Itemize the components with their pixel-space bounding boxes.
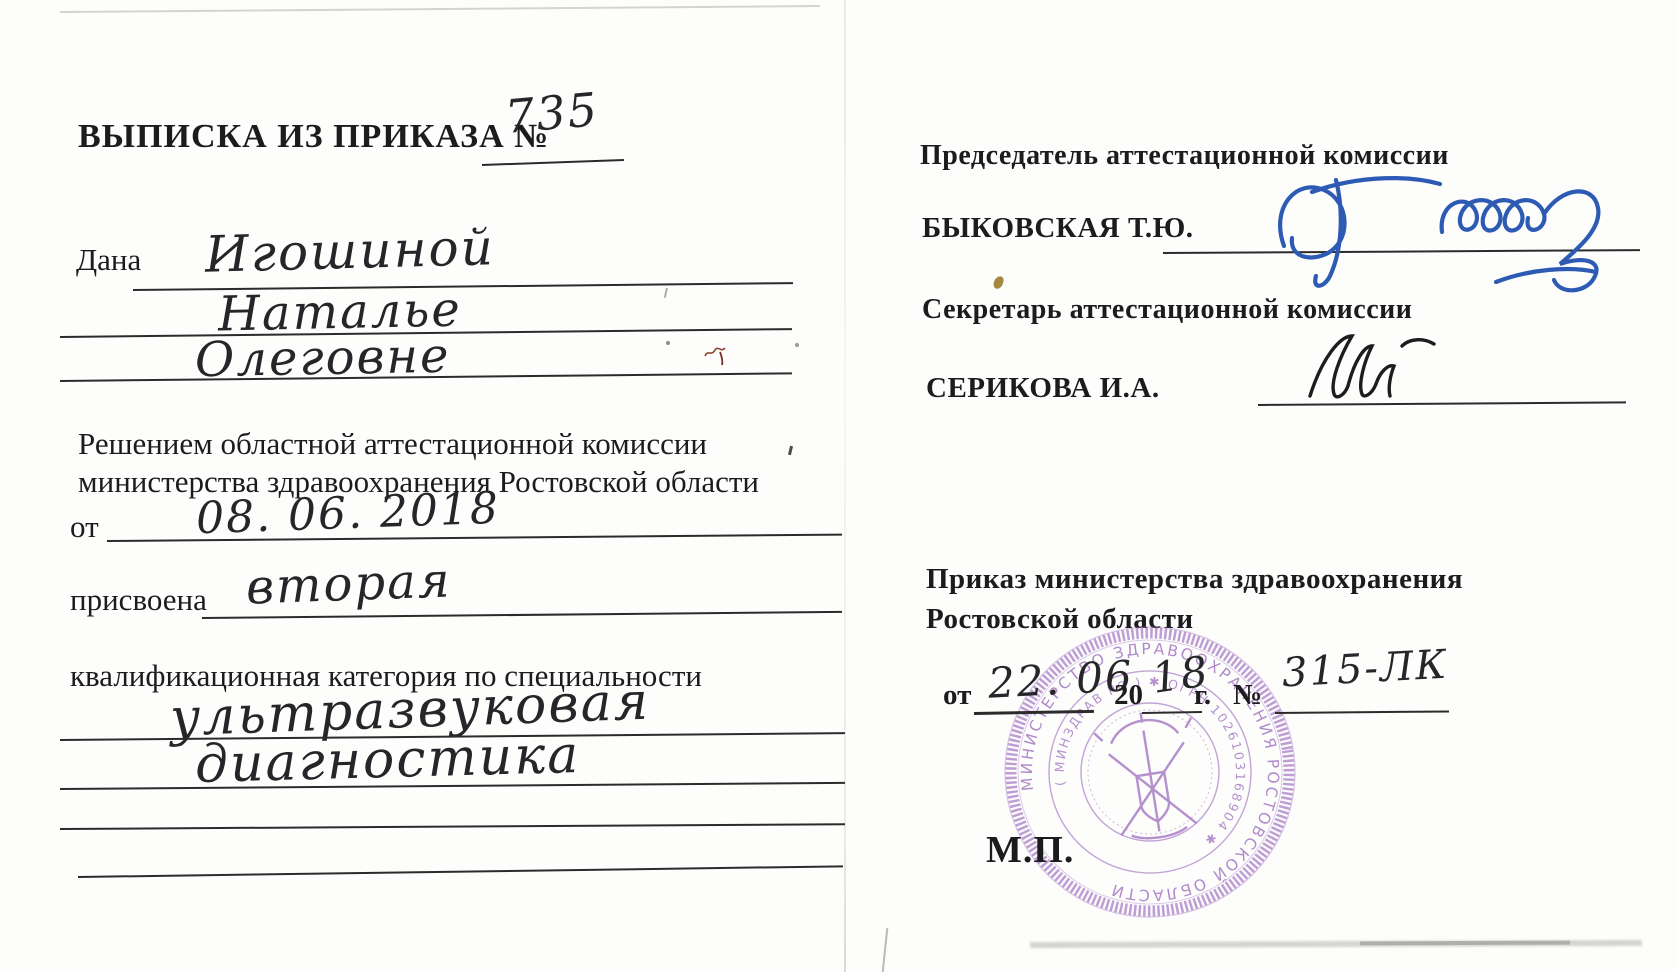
order-no-handwriting: 315-ЛК: [1281, 642, 1449, 697]
gray-tick-mark: [656, 286, 668, 298]
recipient-patronymic-handwriting: Олеговне: [195, 328, 451, 388]
chairman-name: БЫКОВСКАЯ Т.Ю.: [922, 212, 1194, 245]
scanned-certificate: ВЫПИСКА ИЗ ПРИКАЗА № 735 Дана Игошиной Н…: [0, 0, 1677, 972]
decision-text-line1: Решением областной аттестационной комисс…: [78, 426, 707, 462]
order-title-line1: Приказ министерства здравоохранения: [926, 563, 1463, 596]
empty-line-1: [60, 823, 845, 830]
order-no-underline: [1275, 710, 1449, 714]
red-scribble: [703, 344, 729, 366]
seal-place-label: М.П.: [986, 828, 1074, 872]
assigned-label: присвоена: [70, 582, 207, 618]
scan-top-edge-line: [60, 5, 820, 13]
assigned-category-handwriting: вторая: [245, 552, 452, 615]
date-label: от: [70, 509, 99, 545]
small-dark-mark: [788, 446, 793, 455]
gray-dot-1: [666, 341, 670, 345]
bottom-smudge-dark: [1360, 941, 1570, 946]
fold-bottom-wisp: [882, 928, 889, 972]
order-year-suffix: г.: [1194, 679, 1211, 712]
page-fold-line: [844, 0, 846, 972]
order-year-prefix: 20: [1114, 679, 1143, 712]
extract-title: ВЫПИСКА ИЗ ПРИКАЗА №: [78, 118, 549, 156]
title-number-underline: [482, 159, 624, 166]
order-date-handwriting: 22. 06: [987, 651, 1135, 708]
order-date-prefix: от: [943, 679, 971, 712]
brown-speck: [992, 275, 1005, 290]
issued-to-label: Дана: [76, 242, 141, 278]
secretary-signature: [1298, 328, 1463, 410]
gray-dot-2: [795, 343, 799, 347]
order-no-label: №: [1233, 679, 1262, 712]
order-number-handwriting: 735: [503, 82, 601, 144]
decision-date-handwriting: 08. 06. 2018: [195, 483, 501, 545]
secretary-name: СЕРИКОВА И.А.: [926, 372, 1160, 405]
empty-line-2: [78, 865, 843, 878]
secretary-title: Секретарь аттестационной комиссии: [922, 294, 1412, 326]
recipient-surname-handwriting: Игошиной: [204, 218, 495, 284]
